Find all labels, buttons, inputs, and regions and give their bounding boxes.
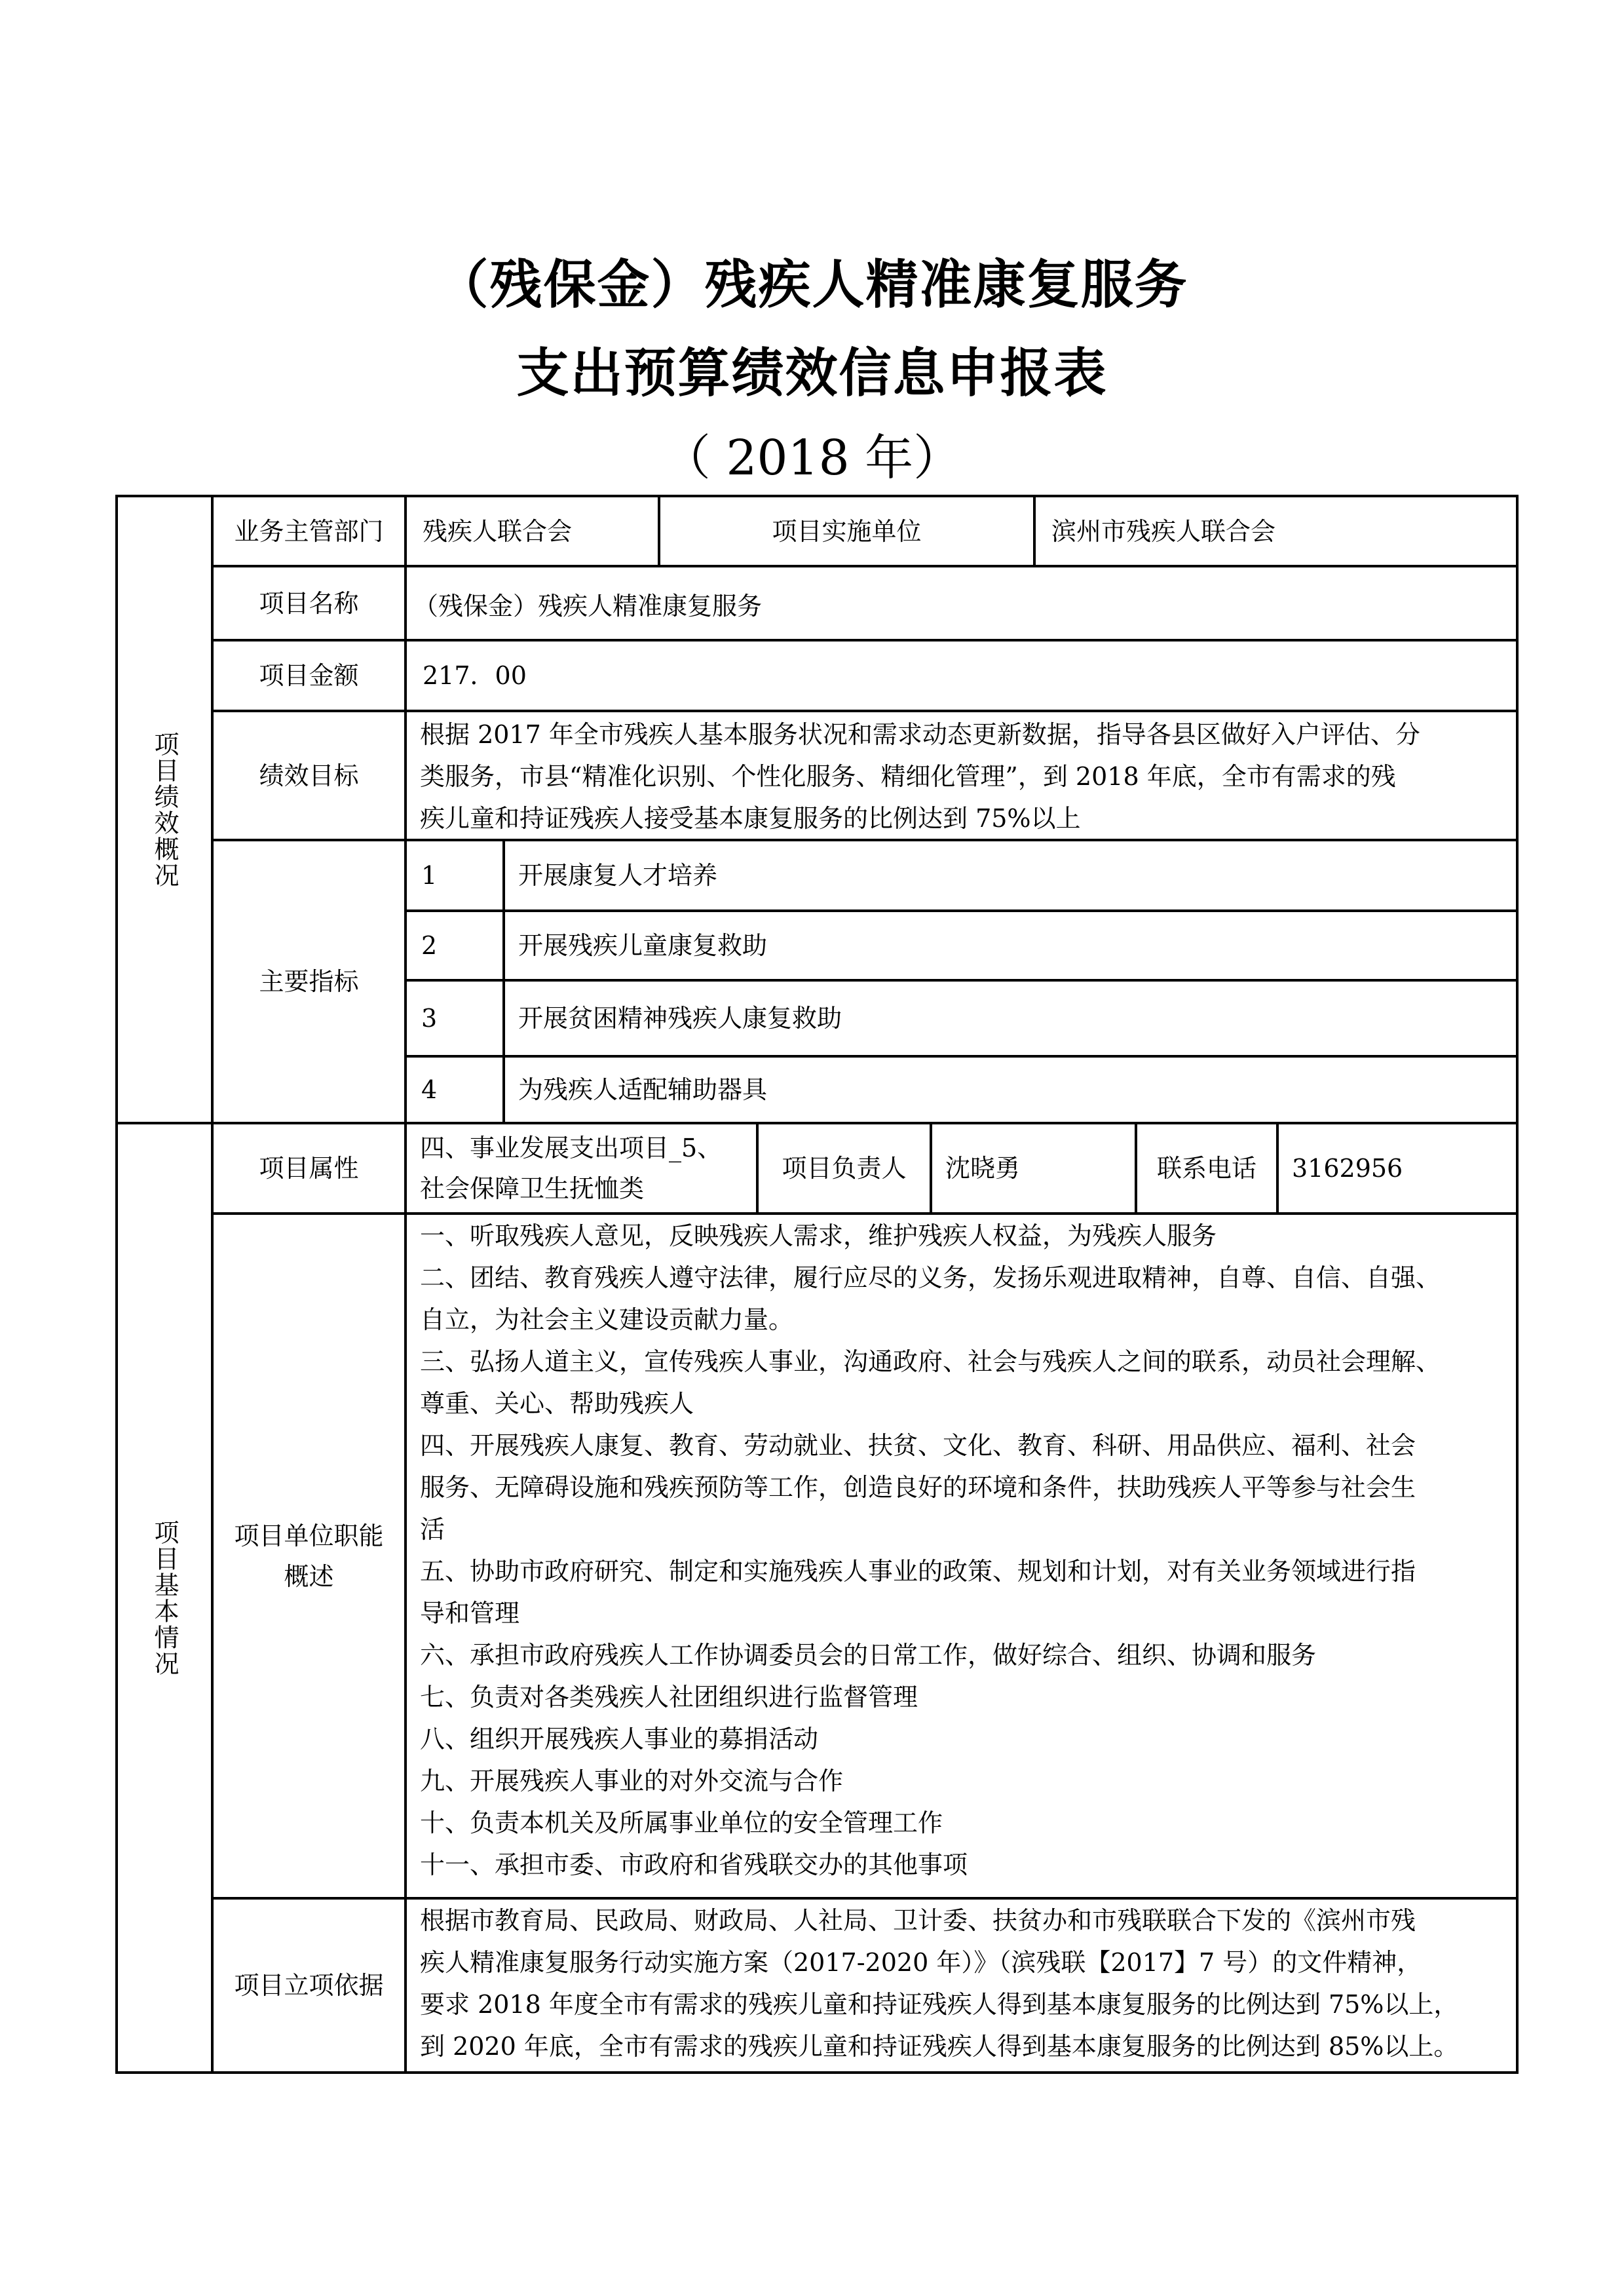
goal-line: 类服务，市县“精准化识别、个性化服务、精细化管理”，到 2018 年底，全市有需… bbox=[420, 756, 1501, 797]
indicators-label-cell: 主要指标 bbox=[211, 839, 407, 1124]
attr-value-cell: 四、事业发展支出项目_5、 社会保障卫生抚恤类 bbox=[404, 1122, 759, 1215]
indicator-text: 开展残疾儿童康复救助 bbox=[518, 933, 767, 958]
functions-label-cell: 项目单位职能 概述 bbox=[211, 1212, 407, 1900]
attr-label: 项目属性 bbox=[259, 1156, 358, 1181]
basis-text: 根据市教育局、民政局、财政局、人社局、卫计委、扶贫办和市残联联合下发的《滨州市残… bbox=[420, 1900, 1501, 2067]
function-line: 四、开展残疾人康复、教育、劳动就业、扶贫、文化、教育、科研、用品供应、福利、社会 bbox=[420, 1425, 1501, 1466]
indicator-num-cell: 4 bbox=[404, 1055, 505, 1124]
function-line: 九、开展残疾人事业的对外交流与合作 bbox=[420, 1760, 1501, 1802]
indicator-num: 3 bbox=[421, 1006, 437, 1031]
section-label-basic-text: 项目基本情况 bbox=[152, 1520, 177, 1677]
indicator-num: 1 bbox=[421, 863, 437, 888]
phone-value: 3162956 bbox=[1292, 1156, 1403, 1181]
basis-line: 疾人精准康复服务行动实施方案（2017-2020 年）》（滨残联【2017】7 … bbox=[420, 1942, 1501, 1983]
indicators-label: 主要指标 bbox=[259, 969, 358, 994]
function-line: 六、承担市政府残疾人工作协调委员会的日常工作，做好综合、组织、协调和服务 bbox=[420, 1634, 1501, 1676]
section-label-performance-text: 项目绩效概况 bbox=[152, 731, 177, 889]
basis-label-cell: 项目立项依据 bbox=[211, 1897, 407, 2074]
function-line: 十一、承担市委、市政府和省残联交办的其他事项 bbox=[420, 1844, 1501, 1886]
indicator-text: 开展康复人才培养 bbox=[518, 863, 717, 888]
indicator-text-cell: 开展贫困精神残疾人康复救助 bbox=[502, 979, 1519, 1058]
basis-line: 根据市教育局、民政局、财政局、人社局、卫计委、扶贫办和市残联联合下发的《滨州市残 bbox=[420, 1900, 1501, 1942]
document-year: （ 2018 年） bbox=[0, 419, 1624, 489]
amount-value: 217．00 bbox=[423, 663, 527, 688]
phone-label-cell: 联系电话 bbox=[1135, 1122, 1279, 1215]
dept-value-cell: 残疾人联合会 bbox=[404, 495, 660, 567]
function-line: 七、负责对各类残疾人社团组织进行监督管理 bbox=[420, 1676, 1501, 1718]
unit-label-cell: 项目实施单位 bbox=[658, 495, 1036, 567]
functions-label-line1: 项目单位职能 bbox=[234, 1516, 383, 1556]
amount-label-cell: 项目金额 bbox=[211, 639, 407, 712]
document-title-line1: （残保金）残疾人精准康复服务 bbox=[0, 242, 1624, 318]
dept-label-cell: 业务主管部门 bbox=[211, 495, 407, 567]
goal-label: 绩效目标 bbox=[259, 763, 358, 788]
phone-value-cell: 3162956 bbox=[1276, 1122, 1519, 1215]
function-line: 尊重、关心、帮助残疾人 bbox=[420, 1383, 1501, 1425]
goal-text: 根据 2017 年全市残疾人基本服务状况和需求动态更新数据，指导各县区做好入户评… bbox=[420, 714, 1501, 839]
amount-value-cell: 217．00 bbox=[404, 639, 1519, 712]
function-line: 五、协助市政府研究、制定和实施残疾人事业的政策、规划和计划，对有关业务领域进行指 bbox=[420, 1550, 1501, 1592]
owner-label: 项目负责人 bbox=[782, 1156, 906, 1181]
basis-value-cell: 根据市教育局、民政局、财政局、人社局、卫计委、扶贫办和市残联联合下发的《滨州市残… bbox=[404, 1897, 1519, 2074]
section-label-basic: 项目基本情况 bbox=[115, 1122, 214, 2074]
function-line: 自立，为社会主义建设贡献力量。 bbox=[420, 1299, 1501, 1341]
attr-value-line1: 四、事业发展支出项目_5、 bbox=[420, 1128, 722, 1168]
function-line: 十、负责本机关及所属事业单位的安全管理工作 bbox=[420, 1802, 1501, 1844]
indicator-text: 为残疾人适配辅助器具 bbox=[518, 1077, 767, 1102]
owner-value: 沈晓勇 bbox=[945, 1156, 1020, 1181]
indicator-text: 开展贫困精神残疾人康复救助 bbox=[518, 1006, 842, 1031]
functions-label-line2: 概述 bbox=[284, 1556, 333, 1597]
dept-value: 残疾人联合会 bbox=[423, 519, 572, 544]
amount-label: 项目金额 bbox=[259, 663, 358, 688]
indicator-num: 4 bbox=[421, 1077, 437, 1102]
function-line: 一、听取残疾人意见，反映残疾人需求，维护残疾人权益，为残疾人服务 bbox=[420, 1215, 1501, 1257]
attr-value-line2: 社会保障卫生抚恤类 bbox=[420, 1168, 644, 1209]
function-line: 三、弘扬人道主义，宣传残疾人事业，沟通政府、社会与残疾人之间的联系，动员社会理解… bbox=[420, 1341, 1501, 1383]
goal-label-cell: 绩效目标 bbox=[211, 710, 407, 841]
unit-value: 滨州市残疾人联合会 bbox=[1051, 519, 1275, 544]
phone-label: 联系电话 bbox=[1157, 1156, 1256, 1181]
function-line: 八、组织开展残疾人事业的募捐活动 bbox=[420, 1718, 1501, 1760]
document-title-line2: 支出预算绩效信息申报表 bbox=[0, 331, 1624, 406]
basis-label: 项目立项依据 bbox=[234, 1973, 383, 1998]
function-line: 活 bbox=[420, 1508, 1501, 1550]
name-value-cell: （残保金）残疾人精准康复服务 bbox=[404, 565, 1519, 641]
owner-label-cell: 项目负责人 bbox=[756, 1122, 932, 1215]
function-line: 二、团结、教育残疾人遵守法律，履行应尽的义务，发扬乐观进取精神，自尊、自信、自强… bbox=[420, 1257, 1501, 1299]
indicator-text-cell: 为残疾人适配辅助器具 bbox=[502, 1055, 1519, 1124]
owner-value-cell: 沈晓勇 bbox=[930, 1122, 1137, 1215]
name-value: （残保金）残疾人精准康复服务 bbox=[413, 594, 762, 619]
indicator-num-cell: 2 bbox=[404, 909, 505, 982]
unit-label: 项目实施单位 bbox=[772, 519, 921, 544]
goal-line: 疾儿童和持证残疾人接受基本康复服务的比例达到 75%以上 bbox=[420, 797, 1501, 839]
goal-line: 根据 2017 年全市残疾人基本服务状况和需求动态更新数据，指导各县区做好入户评… bbox=[420, 714, 1501, 756]
unit-value-cell: 滨州市残疾人联合会 bbox=[1033, 495, 1519, 567]
indicator-text-cell: 开展康复人才培养 bbox=[502, 839, 1519, 912]
basis-line: 要求 2018 年度全市有需求的残疾儿童和持证残疾人得到基本康复服务的比例达到 … bbox=[420, 1983, 1501, 2025]
attr-label-cell: 项目属性 bbox=[211, 1122, 407, 1215]
indicator-num: 2 bbox=[421, 933, 437, 958]
function-line: 导和管理 bbox=[420, 1592, 1501, 1634]
functions-value-cell: 一、听取残疾人意见，反映残疾人需求，维护残疾人权益，为残疾人服务 二、团结、教育… bbox=[404, 1212, 1519, 1900]
section-label-performance: 项目绩效概况 bbox=[115, 495, 214, 1124]
functions-text: 一、听取残疾人意见，反映残疾人需求，维护残疾人权益，为残疾人服务 二、团结、教育… bbox=[420, 1215, 1501, 1886]
basis-line: 到 2020 年底，全市有需求的残疾儿童和持证残疾人得到基本康复服务的比例达到 … bbox=[420, 2025, 1501, 2067]
name-label: 项目名称 bbox=[259, 591, 358, 616]
dept-label: 业务主管部门 bbox=[234, 519, 383, 544]
indicator-num-cell: 1 bbox=[404, 839, 505, 912]
indicator-text-cell: 开展残疾儿童康复救助 bbox=[502, 909, 1519, 982]
indicator-num-cell: 3 bbox=[404, 979, 505, 1058]
function-line: 服务、无障碍设施和残疾预防等工作，创造良好的环境和条件，扶助残疾人平等参与社会生 bbox=[420, 1466, 1501, 1508]
goal-value-cell: 根据 2017 年全市残疾人基本服务状况和需求动态更新数据，指导各县区做好入户评… bbox=[404, 710, 1519, 841]
name-label-cell: 项目名称 bbox=[211, 565, 407, 641]
